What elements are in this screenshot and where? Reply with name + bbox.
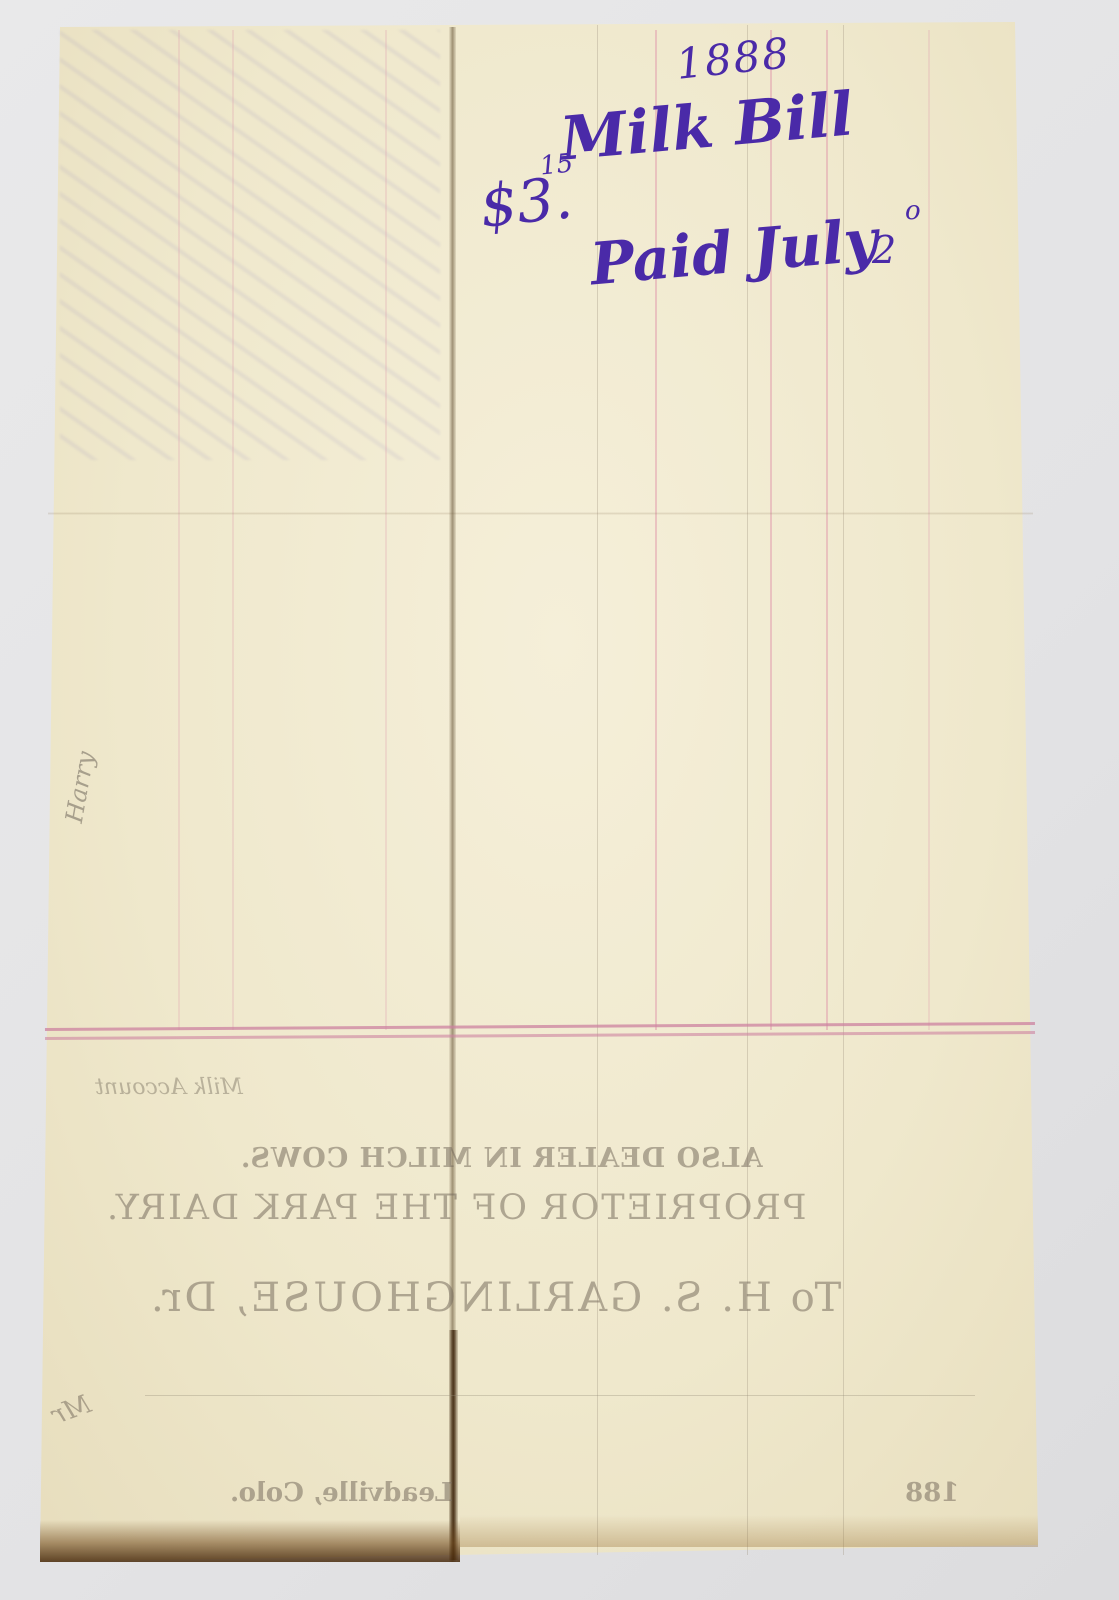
- ink-bleed-through: [60, 30, 440, 460]
- ruling-line: [826, 30, 828, 1030]
- show-through-rule: [145, 1395, 975, 1396]
- show-through-proprietor: PROPRIETOR OF THE PARK DAIRY.: [105, 1188, 806, 1228]
- ruling-line: [928, 30, 930, 1030]
- ruling-line: [385, 30, 387, 1030]
- show-through-also-dealer: ALSO DEALER IN MILCH COWS.: [240, 1143, 763, 1174]
- ruling-line: [770, 30, 772, 1030]
- handwritten-day-suffix: o: [905, 196, 921, 226]
- show-through-pencil-note: Milk Account: [95, 1075, 243, 1100]
- handwritten-cents: 15: [539, 148, 575, 181]
- bottom-edge-stain: [40, 1520, 460, 1562]
- ruling-line: [655, 30, 657, 1030]
- document-sheet: 1888 Milk Bill $3. 15 Paid July 2 o Harr…: [0, 0, 1119, 1600]
- handwritten-paid-day: 2: [872, 228, 896, 272]
- show-through-billed-to: To H. S. GARLINGHOUSE, Dr.: [148, 1275, 841, 1321]
- show-through-year: 188: [905, 1478, 959, 1508]
- horizontal-fold-crease: [48, 512, 1033, 515]
- bottom-edge-stain-right: [460, 1515, 1038, 1547]
- show-through-place: Leadville, Colo.: [230, 1478, 453, 1508]
- ruling-line: [232, 30, 234, 1030]
- ruling-line: [178, 30, 180, 1030]
